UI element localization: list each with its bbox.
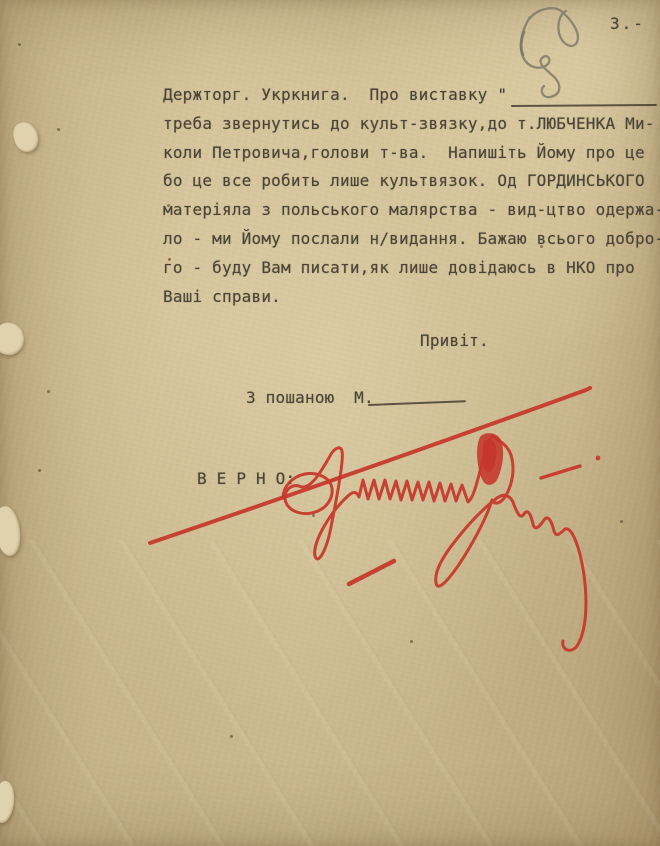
- paper-speck: [57, 128, 60, 131]
- paper-damage: [11, 119, 42, 154]
- paper-damage: [0, 505, 23, 557]
- typed-line: бо це все робить лише культвязок. Од ГОР…: [163, 167, 660, 196]
- paper-speck: [47, 390, 50, 393]
- signature-underline: [368, 400, 466, 406]
- typed-line: ло - ми Йому послали н/видання. Бажаю вс…: [163, 225, 660, 254]
- closing-word: Привіт.: [420, 331, 489, 350]
- document-page: 3.- Держторг. Укркнига. Про виставку " т…: [0, 0, 660, 846]
- typed-line: Ваші справи.: [163, 283, 660, 312]
- paper-speck: [18, 43, 21, 46]
- paper-speck: [312, 514, 315, 517]
- signoff-line: З пошаною М.: [246, 388, 374, 407]
- typed-line: го - буду Вам писати,як лише довідаюсь в…: [163, 254, 660, 283]
- certification-label: В Е Р Н О:: [197, 469, 295, 488]
- paper-speck: [38, 469, 41, 472]
- paper-speck: [620, 520, 623, 523]
- page-number: 3.-: [610, 14, 645, 33]
- paper-damage: [0, 321, 27, 358]
- paper-speck: [410, 640, 413, 643]
- paper-speck: [230, 735, 233, 738]
- paper-creases: [0, 540, 660, 846]
- paper-damage: [0, 780, 17, 824]
- typed-line: матеріяла з польського малярства - вид-ц…: [163, 196, 660, 225]
- typed-line: треба звернутись до культ-звязку,до т.ЛЮ…: [163, 110, 660, 139]
- letter-body: Держторг. Укркнига. Про виставку " треба…: [163, 81, 660, 311]
- typed-line: коли Петровича,голови т-ва. Напишіть Йом…: [163, 139, 660, 168]
